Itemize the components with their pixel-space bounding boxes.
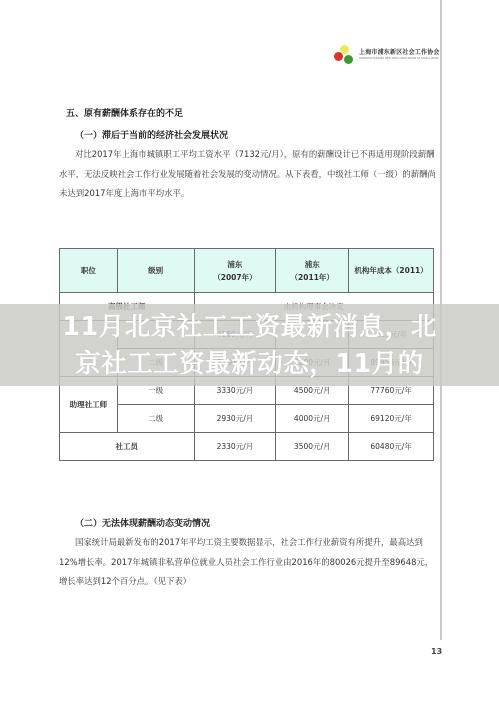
logo-name-en: SHANGHAI PUDONG NEW AREA ASSOCIATION OF … bbox=[359, 57, 440, 61]
header-level: 级别 bbox=[117, 249, 194, 293]
section-heading: 五、原有薪酬体系存在的不足 bbox=[66, 106, 183, 119]
table-header-row: 职位 级别 浦东 （2007年） 浦东 （2011年） 机构年成本（2011） bbox=[60, 249, 434, 293]
logo-name-cn: 上海市浦东新区社会工作协会 bbox=[359, 49, 440, 57]
header-org-cost: 机构年成本（2011） bbox=[349, 249, 434, 293]
paragraph-2: 国家统计局最新发布的2017年平均工资主要数据显示，社会工作行业薪资有所提升，最… bbox=[59, 533, 439, 592]
header-position: 职位 bbox=[60, 249, 118, 293]
page-number: 13 bbox=[431, 647, 442, 656]
logo-icon bbox=[332, 44, 356, 66]
table-row: 社工员 2330元/月 3500元/月 60480元/年 bbox=[60, 433, 434, 461]
paragraph-1: 对比2017年上海市城镇职工平均工资水平（7132元/月），原有的薪酬设计已不再… bbox=[59, 145, 439, 204]
article-title-line-1: 11月北京社工工资最新消息，北 bbox=[0, 309, 499, 346]
header-pudong-2011: 浦东 （2011年） bbox=[276, 249, 349, 293]
association-logo: 上海市浦东新区社会工作协会 SHANGHAI PUDONG NEW AREA A… bbox=[332, 44, 440, 66]
header-pudong-2007: 浦东 （2007年） bbox=[194, 249, 276, 293]
article-title[interactable]: 11月北京社工工资最新消息，北 京社工工资最新动态，11月的 bbox=[0, 309, 499, 383]
subsection-heading-2: （二）无法体现薪酬动态变动情况 bbox=[75, 516, 210, 529]
subsection-heading-1: （一）滞后于当前的经济社会发展状况 bbox=[75, 128, 228, 141]
article-title-line-2: 京社工工资最新动态，11月的 bbox=[0, 346, 499, 383]
